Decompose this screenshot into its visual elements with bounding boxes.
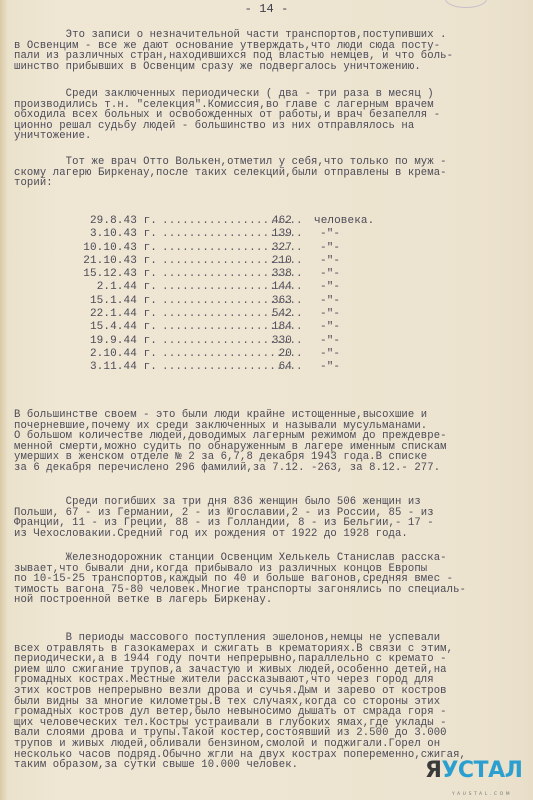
row-date: 2.1.44 г. — [97, 282, 157, 293]
row-count: 338 — [272, 269, 292, 280]
table-row: 15.4.44 г...............................… — [62, 322, 382, 335]
row-count: 20 — [279, 349, 292, 360]
table-row: 15.12.43 г..............................… — [62, 269, 382, 282]
row-count: 462 — [272, 216, 292, 227]
text-line: из Чехословакии.Средний год их рождения … — [14, 529, 519, 540]
row-unit: -"- — [320, 282, 340, 293]
text-line: В большинстве своем - это были люди край… — [14, 410, 519, 421]
paragraph-selection: Среди заключенных периодически ( два - т… — [14, 89, 519, 142]
row-date: 15.4.44 г. — [90, 322, 157, 333]
row-unit: -"- — [320, 362, 340, 373]
row-date: 29.8.43 г. — [90, 216, 157, 227]
row-unit: человека. — [314, 216, 374, 227]
text-line: уничтожение. — [14, 131, 519, 142]
row-unit: -"- — [320, 349, 340, 360]
row-date: 22.1.44 г. — [90, 309, 157, 320]
row-count: 210 — [272, 256, 292, 267]
cremation-table: 29.8.43 г...............................… — [62, 216, 382, 376]
paragraph-transports: Это записи о незначительной части трансп… — [14, 30, 519, 72]
paragraph-muselmanner: В большинстве своем - это были люди край… — [14, 410, 519, 474]
text-line: В периоды массового поступления эшелонов… — [14, 633, 519, 644]
text-line: Среди заключенных периодически ( два - т… — [14, 89, 519, 100]
table-row: 2.10.44 г...............................… — [62, 349, 382, 362]
text-line: Это записи о незначительной части трансп… — [14, 30, 519, 41]
document-page: - 14 - Это записи о незначительной части… — [0, 0, 533, 800]
table-row: 10.10.43 г..............................… — [62, 243, 382, 256]
table-row: 19.9.44 г...............................… — [62, 336, 382, 349]
row-unit: -"- — [320, 256, 340, 267]
table-row: 21.10.43 г..............................… — [62, 256, 382, 269]
text-line: Тот же врач Отто Волькен,отметил у себя,… — [14, 157, 519, 168]
row-unit: -"- — [320, 243, 340, 254]
row-count: 64 — [279, 362, 292, 373]
table-row: 22.1.44 г...............................… — [62, 309, 382, 322]
row-date: 3.10.43 г. — [90, 229, 157, 240]
row-date: 19.9.44 г. — [90, 336, 157, 347]
watermark-first-letter: Я — [425, 758, 441, 783]
row-unit: -"- — [320, 296, 340, 307]
row-unit: -"- — [320, 322, 340, 333]
text-line: торий: — [14, 178, 519, 189]
row-date: 2.10.44 г. — [90, 349, 157, 360]
text-line: шинство прибывших в Освенцим сразу же по… — [14, 62, 519, 73]
row-count: 330 — [272, 336, 292, 347]
row-unit: -"- — [320, 269, 340, 280]
paragraph-pyres: В периоды массового поступления эшелонов… — [14, 633, 519, 771]
row-count: 363 — [272, 296, 292, 307]
row-date: 3.11.44 г. — [90, 362, 157, 373]
row-unit: -"- — [320, 309, 340, 320]
row-count: 184 — [272, 322, 292, 333]
table-row: 29.8.43 г...............................… — [62, 216, 382, 229]
text-line: этих костров непрерывно везли дрова и су… — [14, 686, 519, 697]
text-line: ной построенной ветке в лагерь Биркенау. — [14, 595, 519, 606]
row-date: 15.1.44 г. — [90, 296, 157, 307]
row-date: 21.10.43 г. — [83, 256, 157, 267]
table-row: 2.1.44 г................................… — [62, 282, 382, 295]
text-line: скому лагерю Биркенау,после таких селекц… — [14, 168, 519, 179]
text-line: Железнодорожник станции Освенцим Хелькел… — [14, 553, 519, 564]
paragraph-railwayman: Железнодорожник станции Освенцим Хелькел… — [14, 553, 519, 606]
paragraph-women-victims: Среди погибших за три дня 836 женщин был… — [14, 497, 519, 539]
row-date: 10.10.43 г. — [83, 243, 157, 254]
row-count: 144 — [272, 282, 292, 293]
row-date: 15.12.43 г. — [83, 269, 157, 280]
text-line: за 6 декабря перечислено 296 фамилий,за … — [14, 463, 519, 474]
watermark-url: YAUSTAL.COM — [452, 790, 512, 800]
table-row: 3.10.43 г...............................… — [62, 229, 382, 242]
row-count: 139 — [272, 229, 292, 240]
row-unit: -"- — [320, 229, 340, 240]
row-unit: -"- — [320, 336, 340, 347]
watermark-text: УСТАЛ — [441, 758, 522, 783]
text-line: трупов и живых людей,обливали бензином,с… — [14, 739, 519, 750]
text-line: Среди погибших за три дня 836 женщин был… — [14, 497, 519, 508]
page-number: - 14 - — [0, 4, 533, 15]
table-row: 3.11.44 г...............................… — [62, 362, 382, 375]
watermark-logo: ЯУСТАЛ — [425, 766, 522, 777]
paragraph-wolken: Тот же врач Отто Волькен,отметил у себя,… — [14, 157, 519, 189]
row-count: 542 — [272, 309, 292, 320]
row-count: 327 — [272, 243, 292, 254]
table-row: 15.1.44 г...............................… — [62, 296, 382, 309]
